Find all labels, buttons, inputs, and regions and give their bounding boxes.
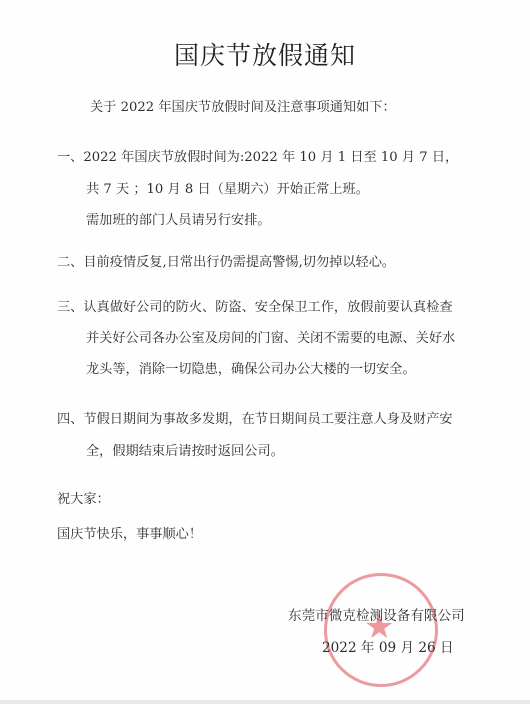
section-2-line-1: 二、目前疫情反复,日常出行仍需提高警惕,切勿掉以轻心。 xyxy=(57,251,395,270)
page-edge xyxy=(0,700,530,704)
section-4-line-2: 全，假期结束后请按时返回公司。 xyxy=(86,440,284,459)
holiday-wish: 国庆节快乐，事事顺心！ xyxy=(57,523,202,542)
company-seal: 东莞市微克检测设备有限公司 ★ xyxy=(324,573,438,687)
section-1-line-1: 一、2022 年国庆节放假时间为:2022 年 10 月 1 日至 10 月 7… xyxy=(57,146,458,165)
notice-page: 国庆节放假通知 关于 2022 年国庆节放假时间及注意事项通知如下： 一、202… xyxy=(0,0,530,704)
section-1-line-3: 需加班的部门人员请另行安排。 xyxy=(86,209,271,228)
signature-company: 东莞市微克检测设备有限公司 xyxy=(288,604,465,624)
section-3-line-1: 三、认真做好公司的防火、防盗、安全保卫工作，放假前要认真检查 xyxy=(57,296,453,315)
page-title: 国庆节放假通知 xyxy=(0,36,530,72)
section-4-line-1: 四、节假日期间为事故多发期，在节日期间员工要注意人身及财产安 xyxy=(57,408,453,427)
intro-text: 关于 2022 年国庆节放假时间及注意事项通知如下： xyxy=(90,96,396,115)
section-1-line-2: 共 7 天 ；10 月 8 日（星期六）开始正常上班。 xyxy=(86,178,369,197)
greeting: 祝大家： xyxy=(57,488,110,507)
section-3-line-2: 并关好公司各办公室及房间的门窗、关闭不需要的电源、关好水 xyxy=(86,327,455,346)
signature-date: 2022 年 09 月 26 日 xyxy=(322,636,454,656)
section-3-line-3: 龙头等，消除一切隐患，确保公司办公大楼的一切安全。 xyxy=(86,358,416,377)
